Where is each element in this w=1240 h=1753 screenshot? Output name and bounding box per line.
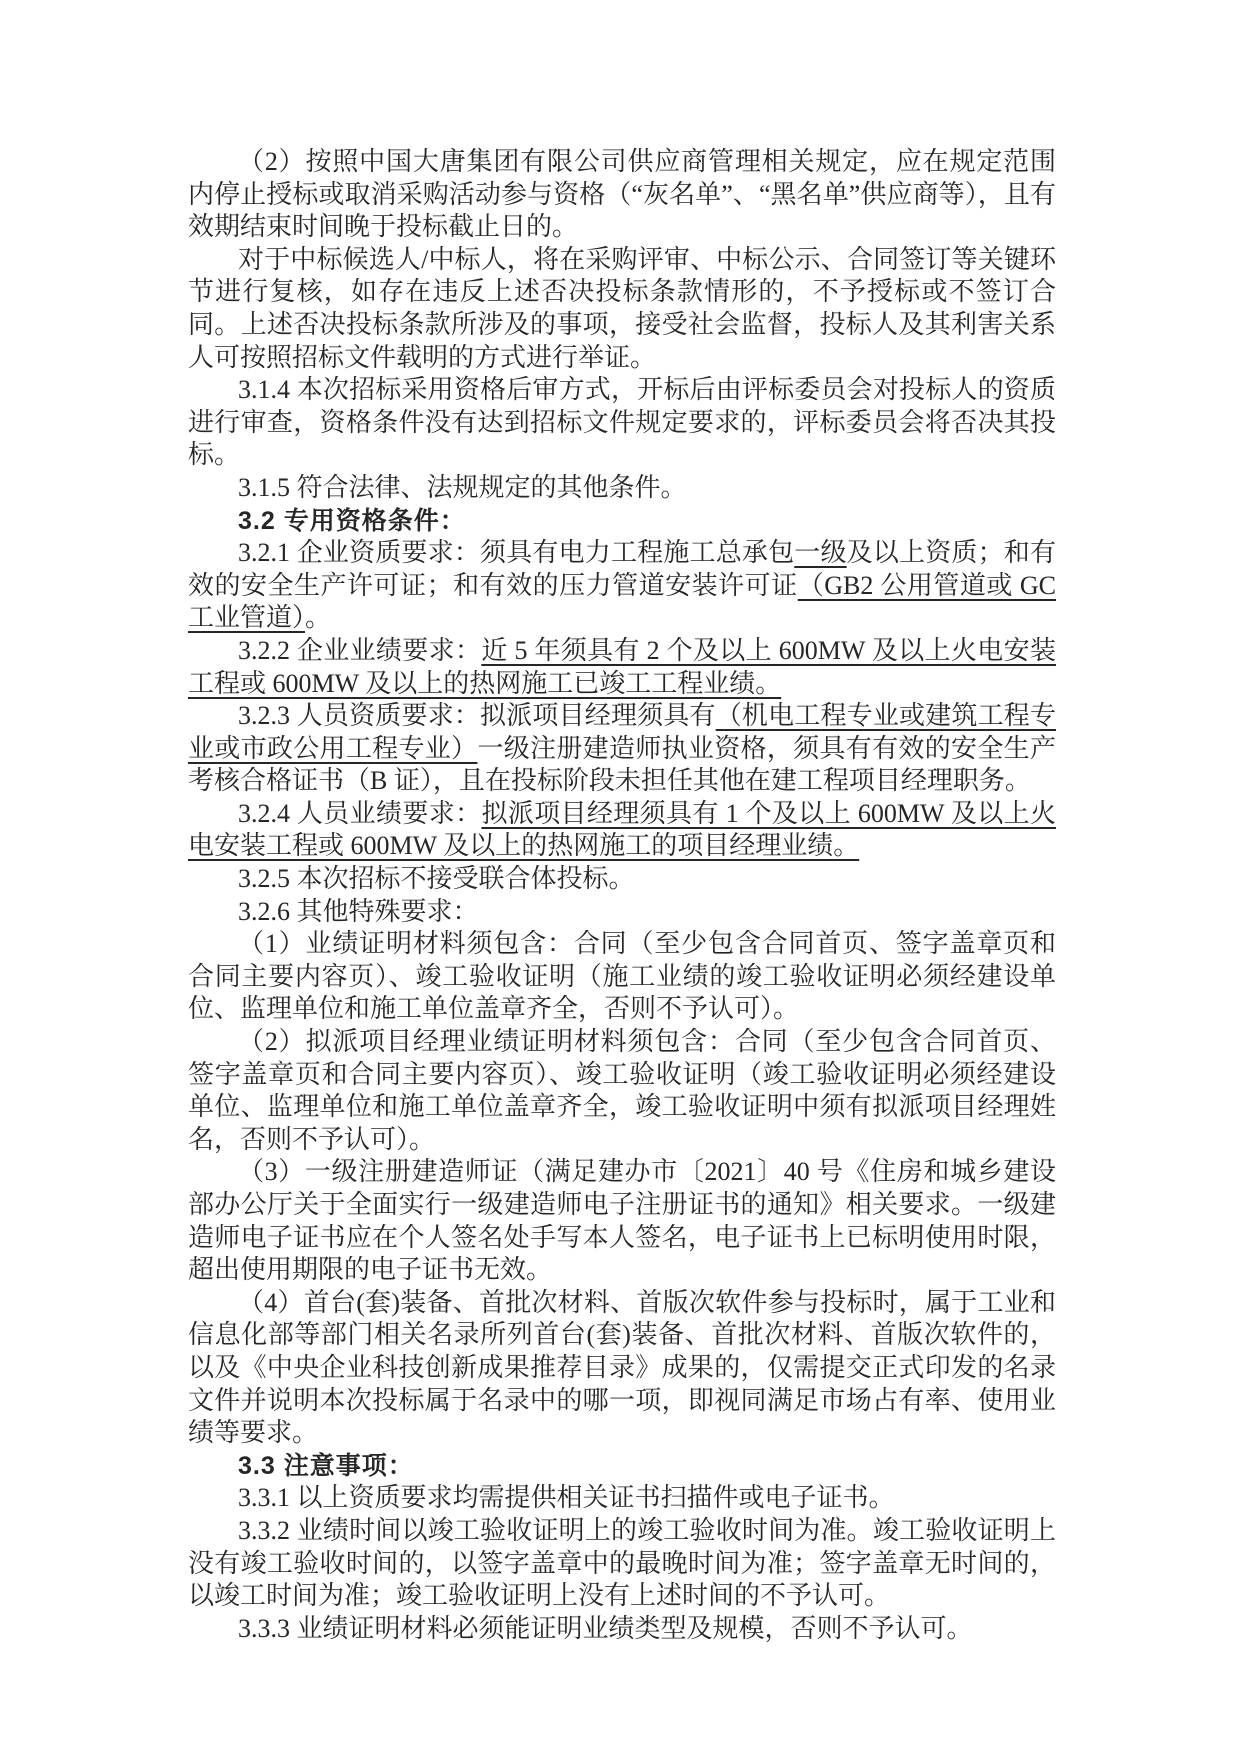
para-clause-3-1-5: 3.1.5 符合法律、法规规定的其他条件。 [188,472,1056,505]
paragraph-text: 3.2.6 其他特殊要求： [238,897,479,926]
para-item-3-constructor-certificate: （3）一级注册建造师证（满足建办市〔2021〕40 号《住房和城乡建设部办公厅关… [188,1156,1056,1286]
heading-3-2-special-qualifications: 3.2 专用资格条件： [188,505,1056,538]
para-item-2-manager-performance-proof: （2）拟派项目经理业绩证明材料须包含：合同（至少包含合同首页、签字盖章页和合同主… [188,1026,1056,1156]
heading-text: 3.2 专用资格条件： [238,507,466,535]
heading-3-3-notes: 3.3 注意事项： [188,1450,1056,1483]
paragraph-text: 3.3.2 业绩时间以竣工验收证明上的竣工验收时间为准。竣工验收证明上没有竣工验… [188,1516,1056,1610]
paragraph-text: （2）按照中国大唐集团有限公司供应商管理相关规定，应在规定范围内停止授标或取消采… [188,147,1056,241]
paragraph-text: （1）业绩证明材料须包含：合同（至少包含合同首页、签字盖章页和合同主要内容页）、… [188,929,1056,1023]
para-clause-3-2-5: 3.2.5 本次招标不接受联合体投标。 [188,863,1056,896]
paragraph-text: 3.1.4 本次招标采用资格后审方式，开标后由评标委员会对投标人的资质进行审查，… [188,375,1056,469]
para-clause-3-3-2: 3.3.2 业绩时间以竣工验收证明上的竣工验收时间为准。竣工验收证明上没有竣工验… [188,1515,1056,1613]
paragraph-text: 3.2.3 人员资质要求：拟派项目经理须具有 [238,701,716,730]
para-item-1-performance-proof: （1）业绩证明材料须包含：合同（至少包含合同首页、签字盖章页和合同主要内容页）、… [188,928,1056,1026]
para-clause-3-2-3: 3.2.3 人员资质要求：拟派项目经理须具有（机电工程专业或建筑工程专业或市政公… [188,700,1056,798]
para-clause-3-2-6: 3.2.6 其他特殊要求： [188,896,1056,929]
document-page: （2）按照中国大唐集团有限公司供应商管理相关规定，应在规定范围内停止授标或取消采… [0,0,1240,1753]
paragraph-text: 3.3.1 以上资质要求均需提供相关证书扫描件或电子证书。 [238,1483,895,1512]
underlined-text: 一级 [794,538,846,567]
paragraph-text: （3）一级注册建造师证（满足建办市〔2021〕40 号《住房和城乡建设部办公厅关… [188,1157,1056,1284]
paragraph-text: 3.2.2 企业业绩要求： [238,636,481,665]
document-body: （2）按照中国大唐集团有限公司供应商管理相关规定，应在规定范围内停止授标或取消采… [188,146,1056,1645]
para-clause-2-supplier-restriction: （2）按照中国大唐集团有限公司供应商管理相关规定，应在规定范围内停止授标或取消采… [188,146,1056,244]
paragraph-text: 对于中标候选人/中标人，将在采购评审、中标公示、合同签订等关键环节进行复核，如存… [188,245,1056,372]
paragraph-text: （4）首台(套)装备、首批次材料、首版次软件参与投标时，属于工业和信息化部等部门… [188,1288,1056,1447]
para-item-4-first-set-equipment: （4）首台(套)装备、首批次材料、首版次软件参与投标时，属于工业和信息化部等部门… [188,1287,1056,1450]
paragraph-text: 。 [305,603,331,632]
paragraph-text: （2）拟派项目经理业绩证明材料须包含：合同（至少包含合同首页、签字盖章页和合同主… [188,1027,1056,1154]
paragraph-text: 3.2.1 企业资质要求：须具有电力工程施工总承包 [238,538,794,567]
heading-text: 3.3 注意事项： [238,1452,414,1480]
para-winner-review: 对于中标候选人/中标人，将在采购评审、中标公示、合同签订等关键环节进行复核，如存… [188,244,1056,374]
para-clause-3-3-1: 3.3.1 以上资质要求均需提供相关证书扫描件或电子证书。 [188,1482,1056,1515]
paragraph-text: 3.3.3 业绩证明材料必须能证明业绩类型及规模，否则不予认可。 [238,1614,973,1643]
paragraph-text: 3.2.4 人员业绩要求： [238,799,481,828]
para-clause-3-2-4: 3.2.4 人员业绩要求：拟派项目经理须具有 1 个及以上 600MW 及以上火… [188,798,1056,863]
para-clause-3-2-1: 3.2.1 企业资质要求：须具有电力工程施工总承包一级及以上资质；和有效的安全生… [188,537,1056,635]
paragraph-text: 3.1.5 符合法律、法规规定的其他条件。 [238,473,687,502]
para-clause-3-3-3: 3.3.3 业绩证明材料必须能证明业绩类型及规模，否则不予认可。 [188,1613,1056,1646]
paragraph-text: 3.2.5 本次招标不接受联合体投标。 [238,864,635,893]
para-clause-3-2-2: 3.2.2 企业业绩要求：近 5 年须具有 2 个及以上 600MW 及以上火电… [188,635,1056,700]
para-clause-3-1-4: 3.1.4 本次招标采用资格后审方式，开标后由评标委员会对投标人的资质进行审查，… [188,374,1056,472]
